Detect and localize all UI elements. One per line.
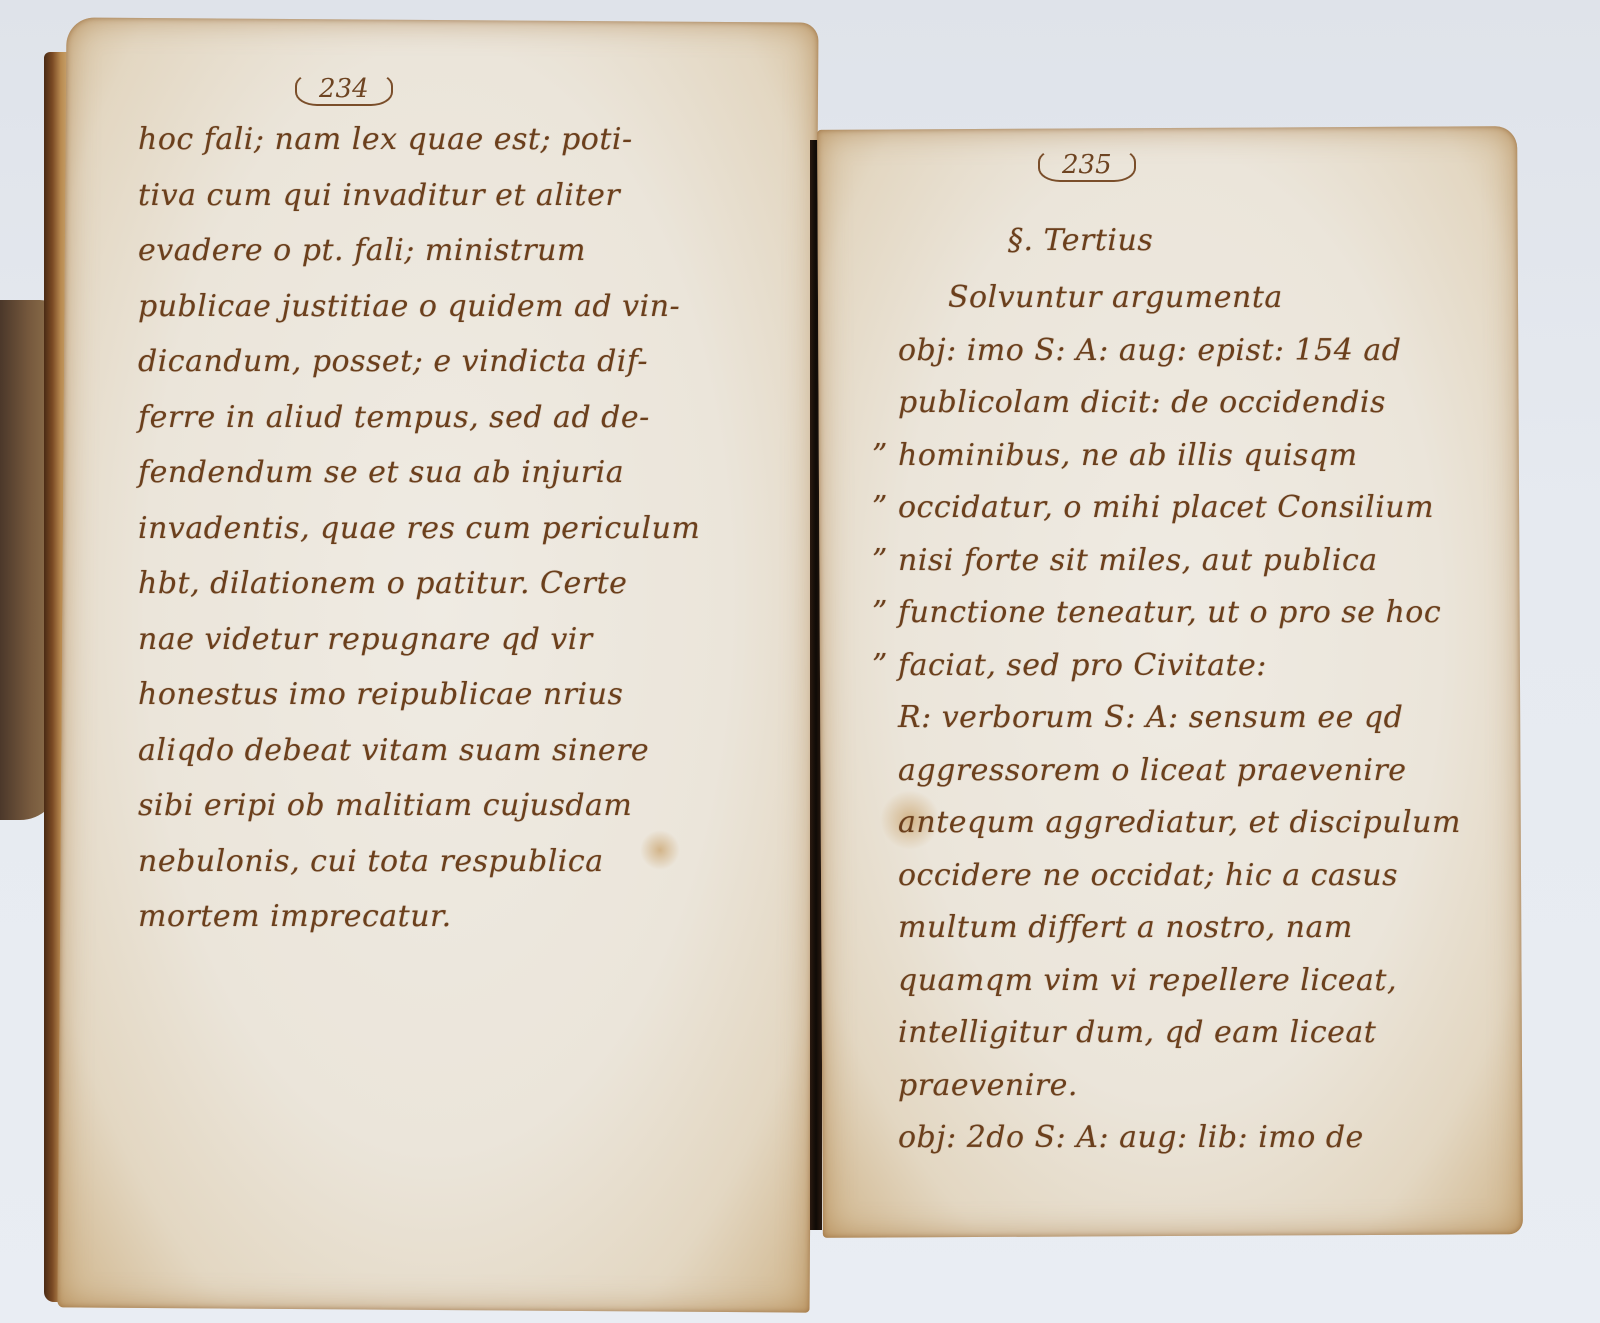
quoted-line: occidatur, o mihi placet Consilium bbox=[898, 482, 1478, 535]
right-page-text: §. Tertius Solvuntur argumenta obj: imo … bbox=[898, 210, 1478, 1165]
manuscript-line: sibi eripi ob malitiam cujusdam bbox=[138, 778, 778, 834]
manuscript-line: R: verborum S: A: sensum ee qd bbox=[898, 692, 1478, 745]
manuscript-line: tiva cum qui invaditur et aliter bbox=[138, 168, 778, 224]
manuscript-line: nebulonis, cui tota respublica bbox=[138, 834, 778, 890]
manuscript-line: praevenire. bbox=[898, 1060, 1478, 1113]
manuscript-line: obj: imo S: A: aug: epist: 154 ad bbox=[898, 325, 1478, 378]
left-page-number: 234 bbox=[295, 72, 393, 106]
manuscript-line: aliqdo debeat vitam suam sinere bbox=[138, 723, 778, 779]
right-page-number: 235 bbox=[1038, 148, 1136, 182]
manuscript-line: fendendum se et sua ab injuria bbox=[138, 445, 778, 501]
section-heading: §. Tertius bbox=[898, 210, 1478, 272]
quoted-line: nisi forte sit miles, aut publica bbox=[898, 535, 1478, 588]
photo-scene: 234 235 hoc fali; nam lex quae est; poti… bbox=[0, 0, 1600, 1323]
manuscript-line: dicandum, posset; e vindicta dif- bbox=[138, 334, 778, 390]
section-subtitle: Solvuntur argumenta bbox=[898, 272, 1478, 325]
manuscript-line: antequm aggrediatur, et discipulum bbox=[898, 797, 1478, 850]
manuscript-line: multum differt a nostro, nam bbox=[898, 902, 1478, 955]
manuscript-line: invadentis, quae res cum periculum bbox=[138, 501, 778, 557]
quoted-line: hominibus, ne ab illis quisqm bbox=[898, 430, 1478, 483]
manuscript-line: hbt, dilationem o patitur. Certe bbox=[138, 556, 778, 612]
manuscript-line: nae videtur repugnare qd vir bbox=[138, 612, 778, 668]
manuscript-line: quamqm vim vi repellere liceat, bbox=[898, 955, 1478, 1008]
manuscript-line: obj: 2do S: A: aug: lib: imo de bbox=[898, 1112, 1478, 1165]
manuscript-line: mortem imprecatur. bbox=[138, 889, 778, 945]
manuscript-line: hoc fali; nam lex quae est; poti- bbox=[138, 112, 778, 168]
quoted-line: functione teneatur, ut o pro se hoc bbox=[898, 587, 1478, 640]
manuscript-line: publicolam dicit: de occidendis bbox=[898, 377, 1478, 430]
manuscript-line: evadere o pt. fali; ministrum bbox=[138, 223, 778, 279]
left-page-text: hoc fali; nam lex quae est; poti- tiva c… bbox=[138, 112, 778, 945]
manuscript-line: intelligitur dum, qd eam liceat bbox=[898, 1007, 1478, 1060]
quoted-line: faciat, sed pro Civitate: bbox=[898, 640, 1478, 693]
manuscript-line: honestus imo reipublicae nrius bbox=[138, 667, 778, 723]
manuscript-line: ferre in aliud tempus, sed ad de- bbox=[138, 390, 778, 446]
manuscript-line: publicae justitiae o quidem ad vin- bbox=[138, 279, 778, 335]
manuscript-line: occidere ne occidat; hic a casus bbox=[898, 850, 1478, 903]
manuscript-line: aggressorem o liceat praevenire bbox=[898, 745, 1478, 798]
